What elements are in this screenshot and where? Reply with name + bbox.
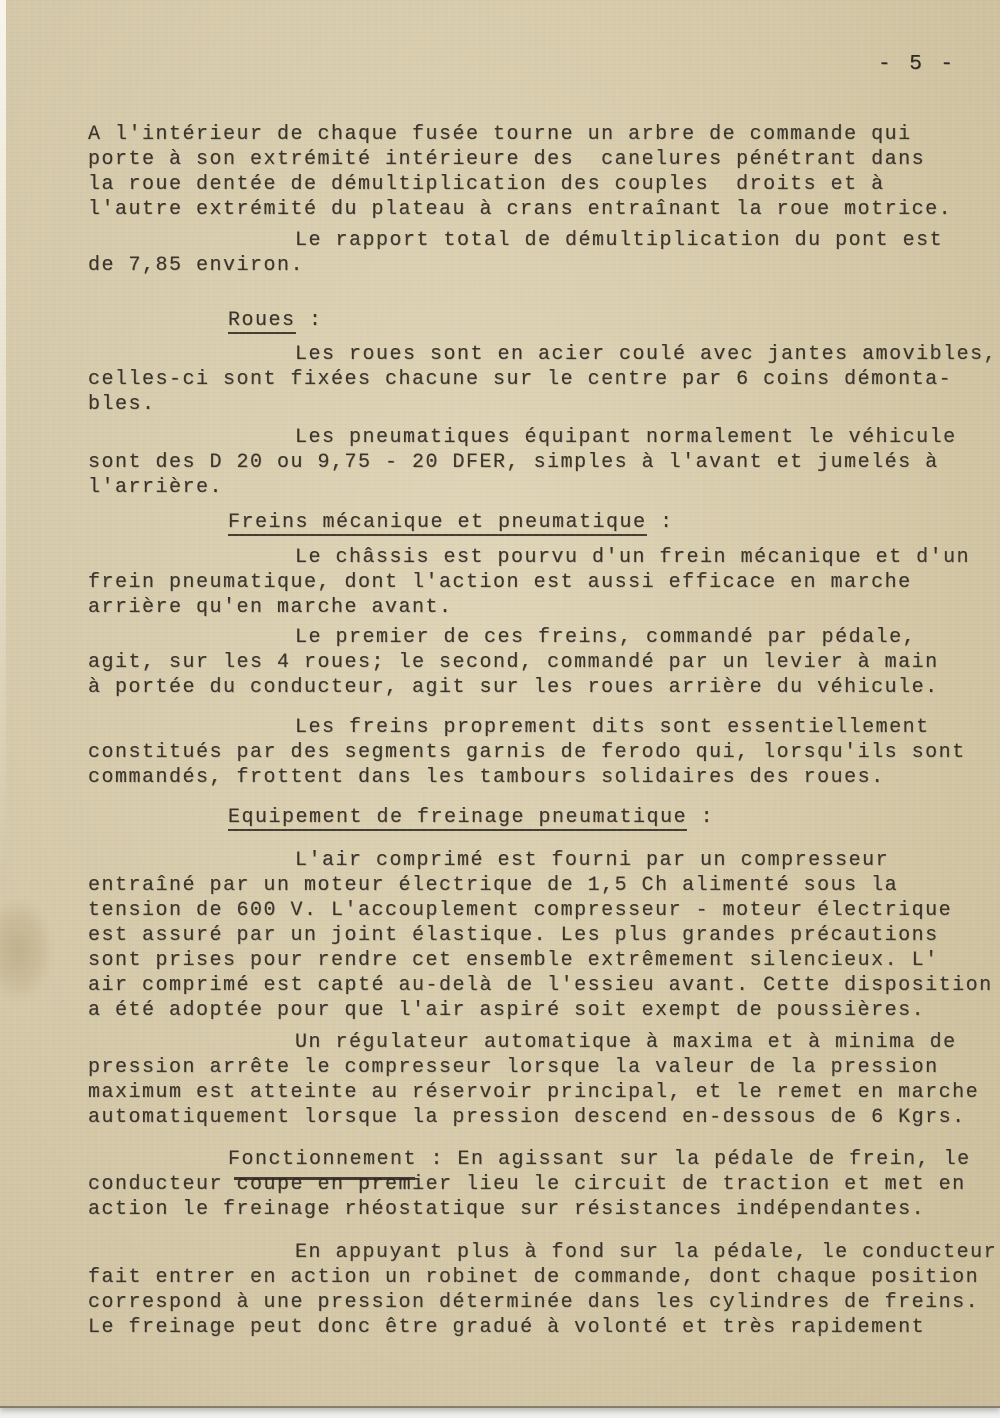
text-run: Le premier de ces freins, commandé par p…: [295, 626, 916, 649]
text-run: :: [296, 309, 323, 332]
text-line: Le châssis est pourvu d'un frein mécaniq…: [88, 545, 1000, 570]
text-run: sont prises pour rendre cet ensemble ext…: [88, 949, 939, 972]
text-run: sont des D 20 ou 9,75 - 20 DFER, simples…: [88, 451, 939, 474]
text-run: porte à son extrémité intérieure des can…: [88, 148, 925, 171]
text-run: :: [647, 511, 674, 534]
text-line: porte à son extrémité intérieure des can…: [88, 147, 1000, 172]
text-line: A l'intérieur de chaque fusée tourne un …: [88, 122, 1000, 147]
text-run: constitués par des segments garnis de fe…: [88, 741, 966, 764]
text-run: frein pneumatique, dont l'action est aus…: [88, 571, 912, 594]
paragraph: Fonctionnement : En agissant sur la péda…: [88, 1147, 1000, 1222]
text-run: automatiquement lorsque la pression desc…: [88, 1106, 966, 1129]
text-run: Les freins proprement dits sont essentie…: [295, 716, 930, 739]
text-line: action le freinage rhéostatique sur rési…: [88, 1197, 1000, 1222]
text-line: Le premier de ces freins, commandé par p…: [88, 625, 1000, 650]
paragraph: Les pneumatiques équipant normalement le…: [88, 425, 1000, 500]
paragraph: Un régulateur automatique à maxima et à …: [88, 1030, 1000, 1130]
text-run: maximum est atteinte au réservoir princi…: [88, 1081, 979, 1104]
text-run: de 7,85 environ.: [88, 254, 304, 277]
paper-stain: [0, 882, 64, 1017]
text-line: a été adoptée pour que l'air aspiré soit…: [88, 998, 1000, 1023]
paragraph: A l'intérieur de chaque fusée tourne un …: [88, 122, 1000, 222]
page-number: - 5 -: [878, 53, 956, 76]
text-line: sont des D 20 ou 9,75 - 20 DFER, simples…: [88, 450, 1000, 475]
text-line: correspond à une pression déterminée dan…: [88, 1290, 1000, 1315]
text-line: arrière qu'en marche avant.: [88, 595, 1000, 620]
text-line: pression arrête le compresseur lorsque l…: [88, 1055, 1000, 1080]
text-run: pression arrête le compresseur lorsque l…: [88, 1056, 939, 1079]
text-run: Un régulateur automatique à maxima et à …: [295, 1031, 957, 1054]
text-line: agit, sur les 4 roues; le second, comman…: [88, 650, 1000, 675]
text-line: l'arrière.: [88, 475, 1000, 500]
text-run: L'air comprimé est fourni par un compres…: [295, 849, 889, 872]
text-line: fait entrer en action un robinet de comm…: [88, 1265, 1000, 1290]
underlined-text: Roues: [228, 309, 296, 334]
paragraph: Le rapport total de démultiplication du …: [88, 228, 1000, 278]
text-line: la roue dentée de démultiplication des c…: [88, 172, 1000, 197]
text-line: Le freinage peut donc être gradué à volo…: [88, 1315, 1000, 1340]
text-line: bles.: [88, 392, 1000, 417]
text-run: air comprimé est capté au-delà de l'essi…: [88, 974, 993, 997]
text-line: frein pneumatique, dont l'action est aus…: [88, 570, 1000, 595]
section-heading: Freins mécanique et pneumatique :: [88, 510, 1000, 535]
text-line: celles-ci sont fixées chacune sur le cen…: [88, 367, 1000, 392]
document-page: - 5 - A l'intérieur de chaque fusée tour…: [0, 0, 1000, 1408]
text-line: conducteur coupe en premier lieu le circ…: [88, 1172, 1000, 1197]
text-line: est assuré par un joint élastique. Les p…: [88, 923, 1000, 948]
text-run: a été adoptée pour que l'air aspiré soit…: [88, 999, 925, 1022]
text-run: la roue dentée de démultiplication des c…: [88, 173, 885, 196]
document-body: A l'intérieur de chaque fusée tourne un …: [88, 122, 1000, 1340]
text-line: commandés, frottent dans les tambours so…: [88, 765, 1000, 790]
text-line: constitués par des segments garnis de fe…: [88, 740, 1000, 765]
text-run: A l'intérieur de chaque fusée tourne un …: [88, 123, 912, 146]
text-line: air comprimé est capté au-delà de l'essi…: [88, 973, 1000, 998]
paragraph: Les roues sont en acier coulé avec jante…: [88, 342, 1000, 417]
text-line: Le rapport total de démultiplication du …: [88, 228, 1000, 253]
text-run: agit, sur les 4 roues; le second, comman…: [88, 651, 939, 674]
text-run: :: [687, 806, 714, 829]
text-run: arrière qu'en marche avant.: [88, 596, 453, 619]
text-run: est assuré par un joint élastique. Les p…: [88, 924, 939, 947]
text-run: à portée du conducteur, agit sur les rou…: [88, 676, 939, 699]
text-line: maximum est atteinte au réservoir princi…: [88, 1080, 1000, 1105]
text-run: En appuyant plus à fond sur la pédale, l…: [295, 1241, 997, 1264]
text-run: l'arrière.: [88, 476, 223, 499]
text-line: Equipement de freinage pneumatique :: [228, 805, 1000, 830]
underlined-text: Freins mécanique et pneumatique: [228, 511, 647, 536]
text-run: Les pneumatiques équipant normalement le…: [295, 426, 957, 449]
text-run: l'autre extrémité du plateau à crans ent…: [88, 198, 952, 221]
section-heading: Roues :: [88, 308, 1000, 333]
paragraph: En appuyant plus à fond sur la pédale, l…: [88, 1240, 1000, 1340]
text-run: Le châssis est pourvu d'un frein mécaniq…: [295, 546, 970, 569]
text-run: ier lieu le circuit de traction et met e…: [412, 1173, 966, 1196]
text-run: bles.: [88, 393, 156, 416]
paragraph: Les freins proprement dits sont essentie…: [88, 715, 1000, 790]
underlined-text: Equipement de freinage pneumatique: [228, 806, 687, 831]
text-run: Les roues sont en acier coulé avec jante…: [295, 343, 997, 366]
text-run: celles-ci sont fixées chacune sur le cen…: [88, 368, 952, 391]
text-run: action le freinage rhéostatique sur rési…: [88, 1198, 925, 1221]
text-run: : En agissant sur la pédale de frein, le: [417, 1148, 971, 1171]
text-run: Le rapport total de démultiplication du …: [295, 229, 943, 252]
paper-left-edge-highlight: [0, 0, 6, 872]
text-line: Un régulateur automatique à maxima et à …: [88, 1030, 1000, 1055]
text-run: Fonctionnement: [228, 1148, 417, 1171]
text-line: Freins mécanique et pneumatique :: [228, 510, 1000, 535]
text-run: correspond à une pression déterminée dan…: [88, 1291, 979, 1314]
text-run: commandés, frottent dans les tambours so…: [88, 766, 885, 789]
text-run: conducteur: [88, 1173, 237, 1196]
paragraph: L'air comprimé est fourni par un compres…: [88, 848, 1000, 1023]
text-line: à portée du conducteur, agit sur les rou…: [88, 675, 1000, 700]
text-line: entraîné par un moteur électrique de 1,5…: [88, 873, 1000, 898]
text-line: de 7,85 environ.: [88, 253, 1000, 278]
paragraph: Le premier de ces freins, commandé par p…: [88, 625, 1000, 700]
text-line: sont prises pour rendre cet ensemble ext…: [88, 948, 1000, 973]
text-run: tension de 600 V. L'accouplement compres…: [88, 899, 952, 922]
text-line: tension de 600 V. L'accouplement compres…: [88, 898, 1000, 923]
text-line: Les freins proprement dits sont essentie…: [88, 715, 1000, 740]
text-line: Les pneumatiques équipant normalement le…: [88, 425, 1000, 450]
text-line: L'air comprimé est fourni par un compres…: [88, 848, 1000, 873]
text-run: Le freinage peut donc être gradué à volo…: [88, 1316, 925, 1339]
text-run: entraîné par un moteur électrique de 1,5…: [88, 874, 898, 897]
text-line: Fonctionnement : En agissant sur la péda…: [88, 1147, 1000, 1172]
overstruck-text: coupe en prem: [237, 1173, 413, 1196]
paragraph: Le châssis est pourvu d'un frein mécaniq…: [88, 545, 1000, 620]
text-line: l'autre extrémité du plateau à crans ent…: [88, 197, 1000, 222]
text-line: Les roues sont en acier coulé avec jante…: [88, 342, 1000, 367]
text-line: automatiquement lorsque la pression desc…: [88, 1105, 1000, 1130]
text-run: fait entrer en action un robinet de comm…: [88, 1266, 979, 1289]
section-heading: Equipement de freinage pneumatique :: [88, 805, 1000, 830]
text-line: Roues :: [228, 308, 1000, 333]
text-line: En appuyant plus à fond sur la pédale, l…: [88, 1240, 1000, 1265]
